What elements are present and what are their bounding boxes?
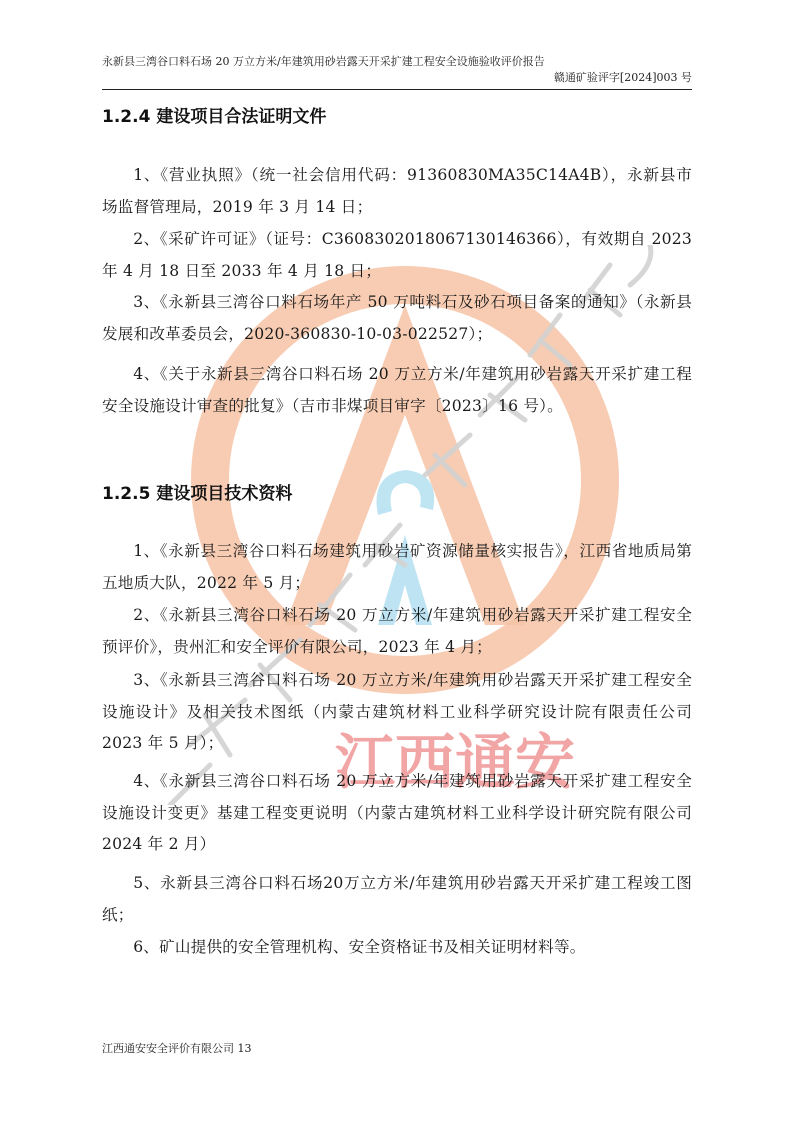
tech-doc-item-2: 2、《永新县三湾谷口料石场 20 万立方米/年建筑用砂岩露天开采扩建工程安全预评… <box>102 600 692 663</box>
section-heading-1-2-4: 1.2.4 建设项目合法证明文件 <box>102 106 326 128</box>
page-footer: 江西通安安全评价有限公司 13 <box>102 1041 252 1057</box>
tech-doc-item-4: 4、《永新县三湾谷口料石场 20 万立方米/年建筑用砂岩露天开采扩建工程安全设施… <box>102 766 692 861</box>
tech-doc-item-3: 3、《永新县三湾谷口料石场 20 万立方米/年建筑用砂岩露天开采扩建工程安全设施… <box>102 665 692 760</box>
section-heading-1-2-5: 1.2.5 建设项目技术资料 <box>102 483 292 505</box>
report-reference-number: 赣通矿验评字[2024]003 号 <box>102 70 692 86</box>
legal-doc-item-4: 4、《关于永新县三湾谷口料石场 20 万立方米/年建筑用砂岩露天开采扩建工程安全… <box>102 359 692 422</box>
legal-doc-item-2: 2、《采矿许可证》（证号：C3608302018067130146366），有效… <box>102 224 692 287</box>
legal-doc-item-3: 3、《永新县三湾谷口料石场年产 50 万吨料石及砂石项目备案的通知》（永新县发展… <box>102 287 692 350</box>
page-header: 永新县三湾谷口料石场 20 万立方米/年建筑用砂岩露天开采扩建工程安全设施验收评… <box>102 54 692 86</box>
tech-doc-item-5: 5、永新县三湾谷口料石场20万立方米/年建筑用砂岩露天开采扩建工程竣工图纸； <box>102 868 692 931</box>
tech-doc-item-6: 6、矿山提供的安全管理机构、安全资格证书及相关证明材料等。 <box>102 932 692 964</box>
legal-doc-item-1: 1、《营业执照》（统一社会信用代码：91360830MA35C14A4B），永新… <box>102 160 692 223</box>
document-page: 永新县三湾谷口料石场 20 万立方米/年建筑用砂岩露天开采扩建工程安全设施验收评… <box>0 0 794 1123</box>
header-divider <box>102 89 692 90</box>
tech-doc-item-1: 1、《永新县三湾谷口料石场建筑用砂岩矿资源储量核实报告》，江西省地质局第五地质大… <box>102 536 692 599</box>
report-title: 永新县三湾谷口料石场 20 万立方米/年建筑用砂岩露天开采扩建工程安全设施验收评… <box>102 54 692 70</box>
